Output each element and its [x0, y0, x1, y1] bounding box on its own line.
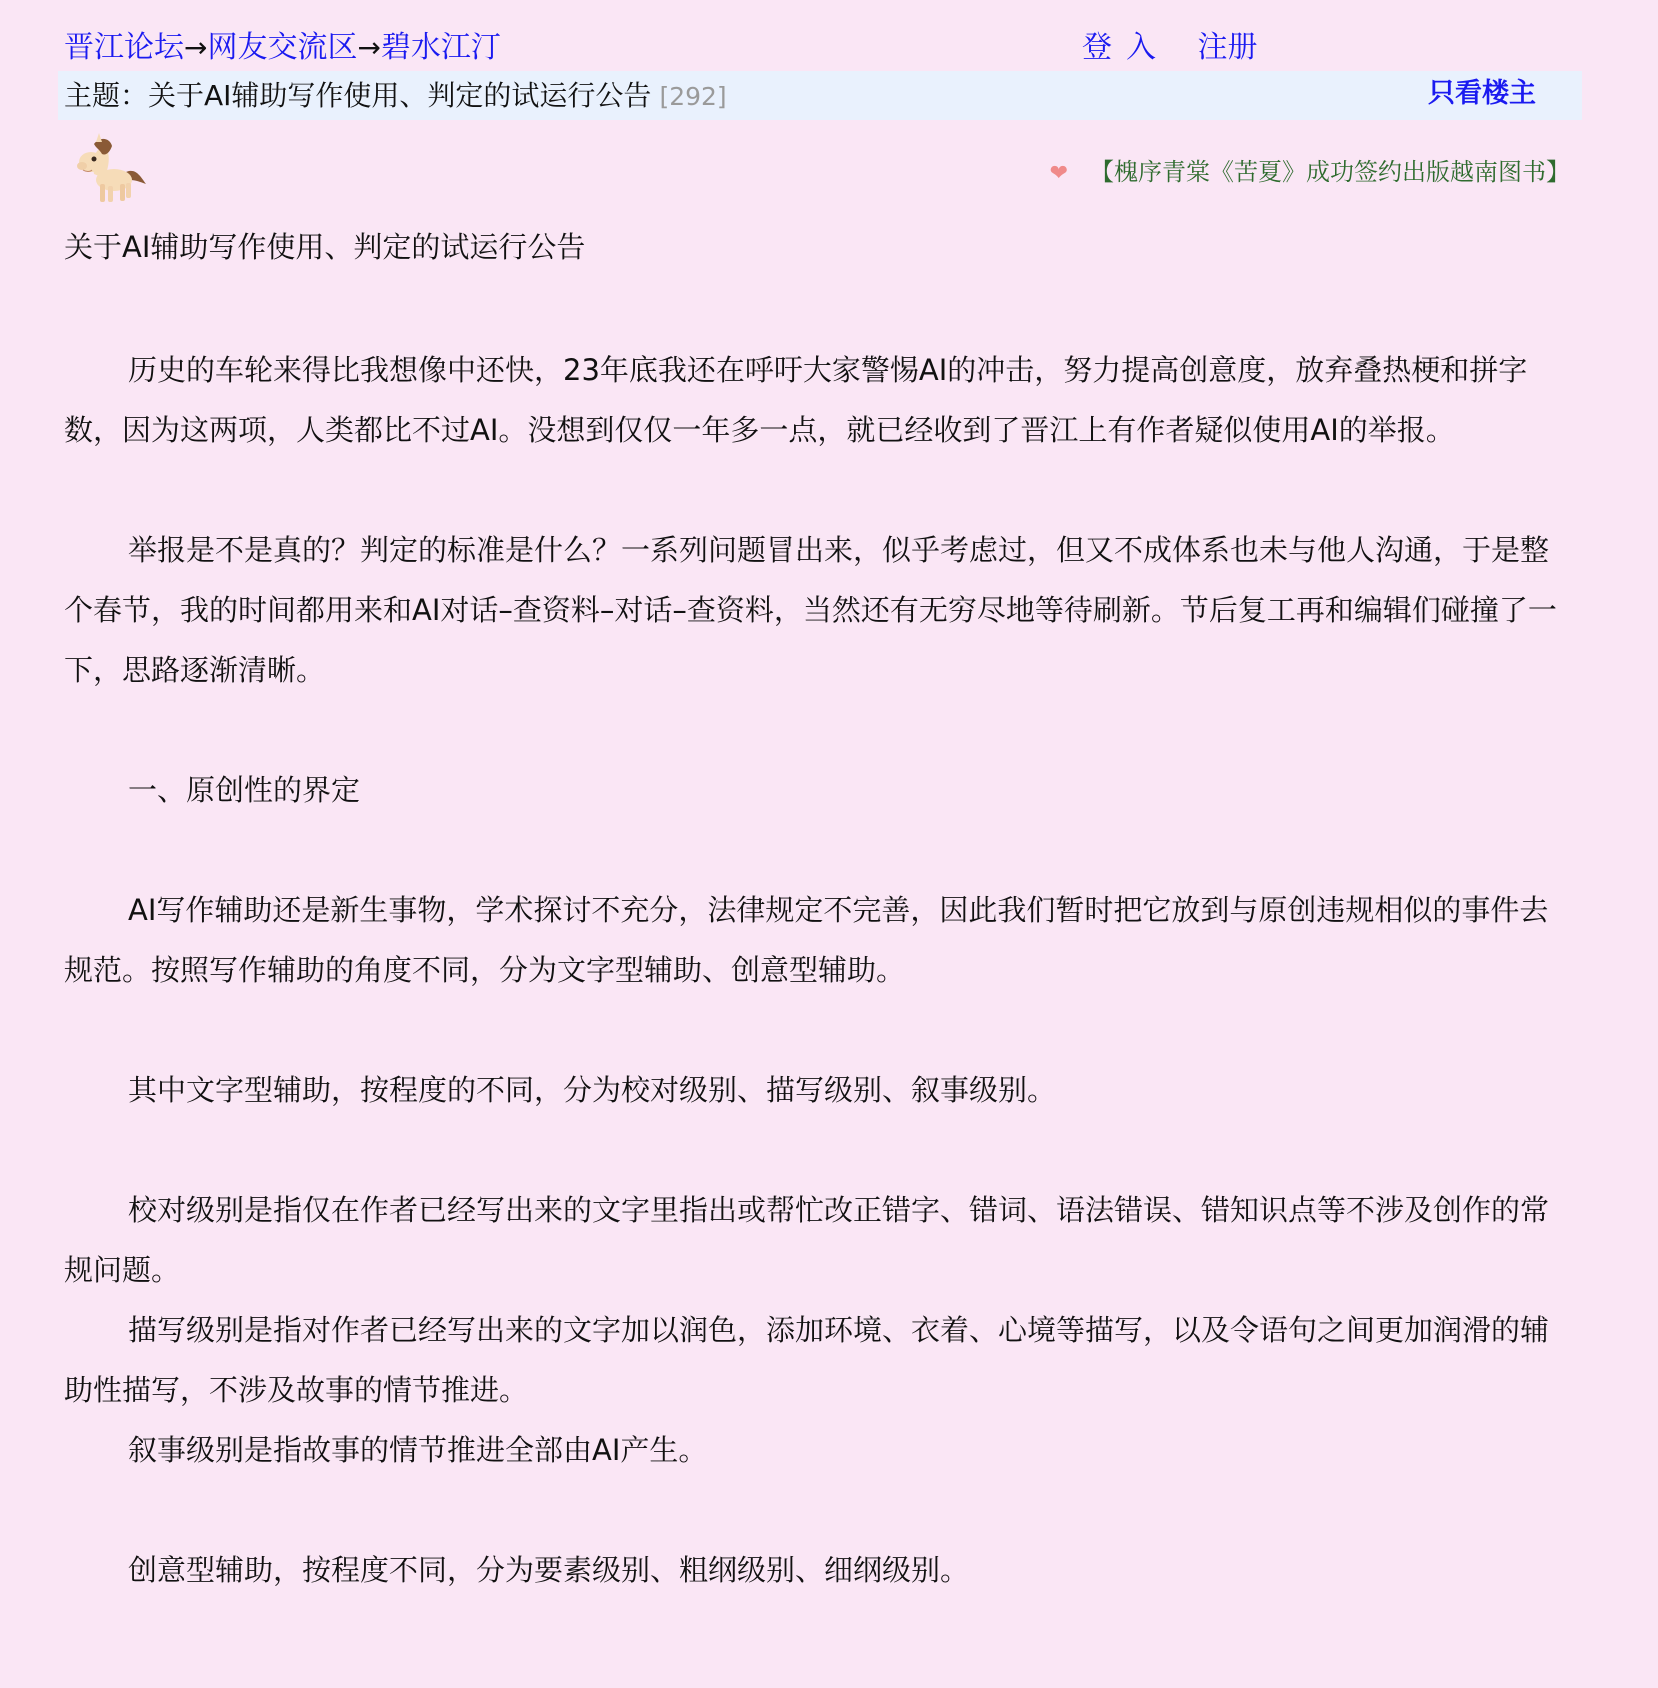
auth-links: 登入 注册: [1082, 26, 1258, 70]
paragraph: 描写级别是指对作者已经写出来的文字加以润色，添加环境、衣着、心境等描写，以及令语…: [64, 1300, 1576, 1420]
breadcrumb-community-zone[interactable]: 网友交流区: [207, 30, 357, 65]
heart-icon: ❤: [1050, 161, 1068, 186]
login-link[interactable]: 登入: [1082, 30, 1170, 65]
breadcrumb-separator: →: [357, 31, 380, 64]
paragraph-gap: [64, 1120, 1576, 1180]
breadcrumb-bishui-jiangting[interactable]: 碧水江汀: [381, 30, 501, 65]
breadcrumb-jinjiang-forum[interactable]: 晋江论坛: [64, 30, 184, 65]
paragraph-gap: [64, 1480, 1576, 1540]
reply-count: [292]: [659, 82, 726, 111]
paragraph-gap: [64, 460, 1576, 520]
pony-avatar-icon: [64, 128, 154, 208]
paragraph: 举报是不是真的？判定的标准是什么？一系列问题冒出来，似乎考虑过，但又不成体系也未…: [64, 520, 1576, 700]
promo-link[interactable]: 【槐序青棠《苦夏》成功签约出版越南图书】: [1090, 158, 1570, 186]
paragraph: AI写作辅助还是新生事物，学术探讨不充分，法律规定不完善，因此我们暂时把它放到与…: [64, 880, 1576, 1000]
post-title: 关于AI辅助写作使用、判定的试运行公告: [64, 225, 585, 269]
register-link[interactable]: 注册: [1198, 30, 1258, 65]
paragraph: 其中文字型辅助，按程度的不同，分为校对级别、描写级别、叙事级别。: [64, 1060, 1576, 1120]
post-body: 历史的车轮来得比我想像中还快，23年底我还在呼吁大家警惕AI的冲击，努力提高创意…: [64, 340, 1576, 1600]
paragraph: 历史的车轮来得比我想像中还快，23年底我还在呼吁大家警惕AI的冲击，努力提高创意…: [64, 340, 1576, 460]
only-op-button[interactable]: 只看楼主: [1428, 71, 1536, 120]
topic-prefix: 主题：: [64, 79, 148, 112]
paragraph: 创意型辅助，按程度不同，分为要素级别、粗纲级别、细纲级别。: [64, 1540, 1576, 1600]
topic-title: 主题：关于AI辅助写作使用、判定的试运行公告[292]: [64, 71, 727, 120]
paragraph-gap: [64, 1000, 1576, 1060]
paragraph: 叙事级别是指故事的情节推进全部由AI产生。: [64, 1420, 1576, 1480]
breadcrumb: 晋江论坛→网友交流区→碧水江汀: [64, 26, 501, 70]
avatar: [64, 128, 154, 208]
paragraph-gap: [64, 700, 1576, 760]
paragraph: 校对级别是指仅在作者已经写出来的文字里指出或帮忙改正错字、错词、语法错误、错知识…: [64, 1180, 1576, 1300]
section-heading: 一、原创性的界定: [64, 760, 1576, 820]
promo-banner: ❤【槐序青棠《苦夏》成功签约出版越南图书】: [1050, 155, 1570, 189]
topic-title-text: 关于AI辅助写作使用、判定的试运行公告: [148, 79, 651, 112]
paragraph-gap: [64, 820, 1576, 880]
topic-header-bar: 主题：关于AI辅助写作使用、判定的试运行公告[292] 只看楼主: [58, 71, 1582, 120]
breadcrumb-separator: →: [184, 31, 207, 64]
